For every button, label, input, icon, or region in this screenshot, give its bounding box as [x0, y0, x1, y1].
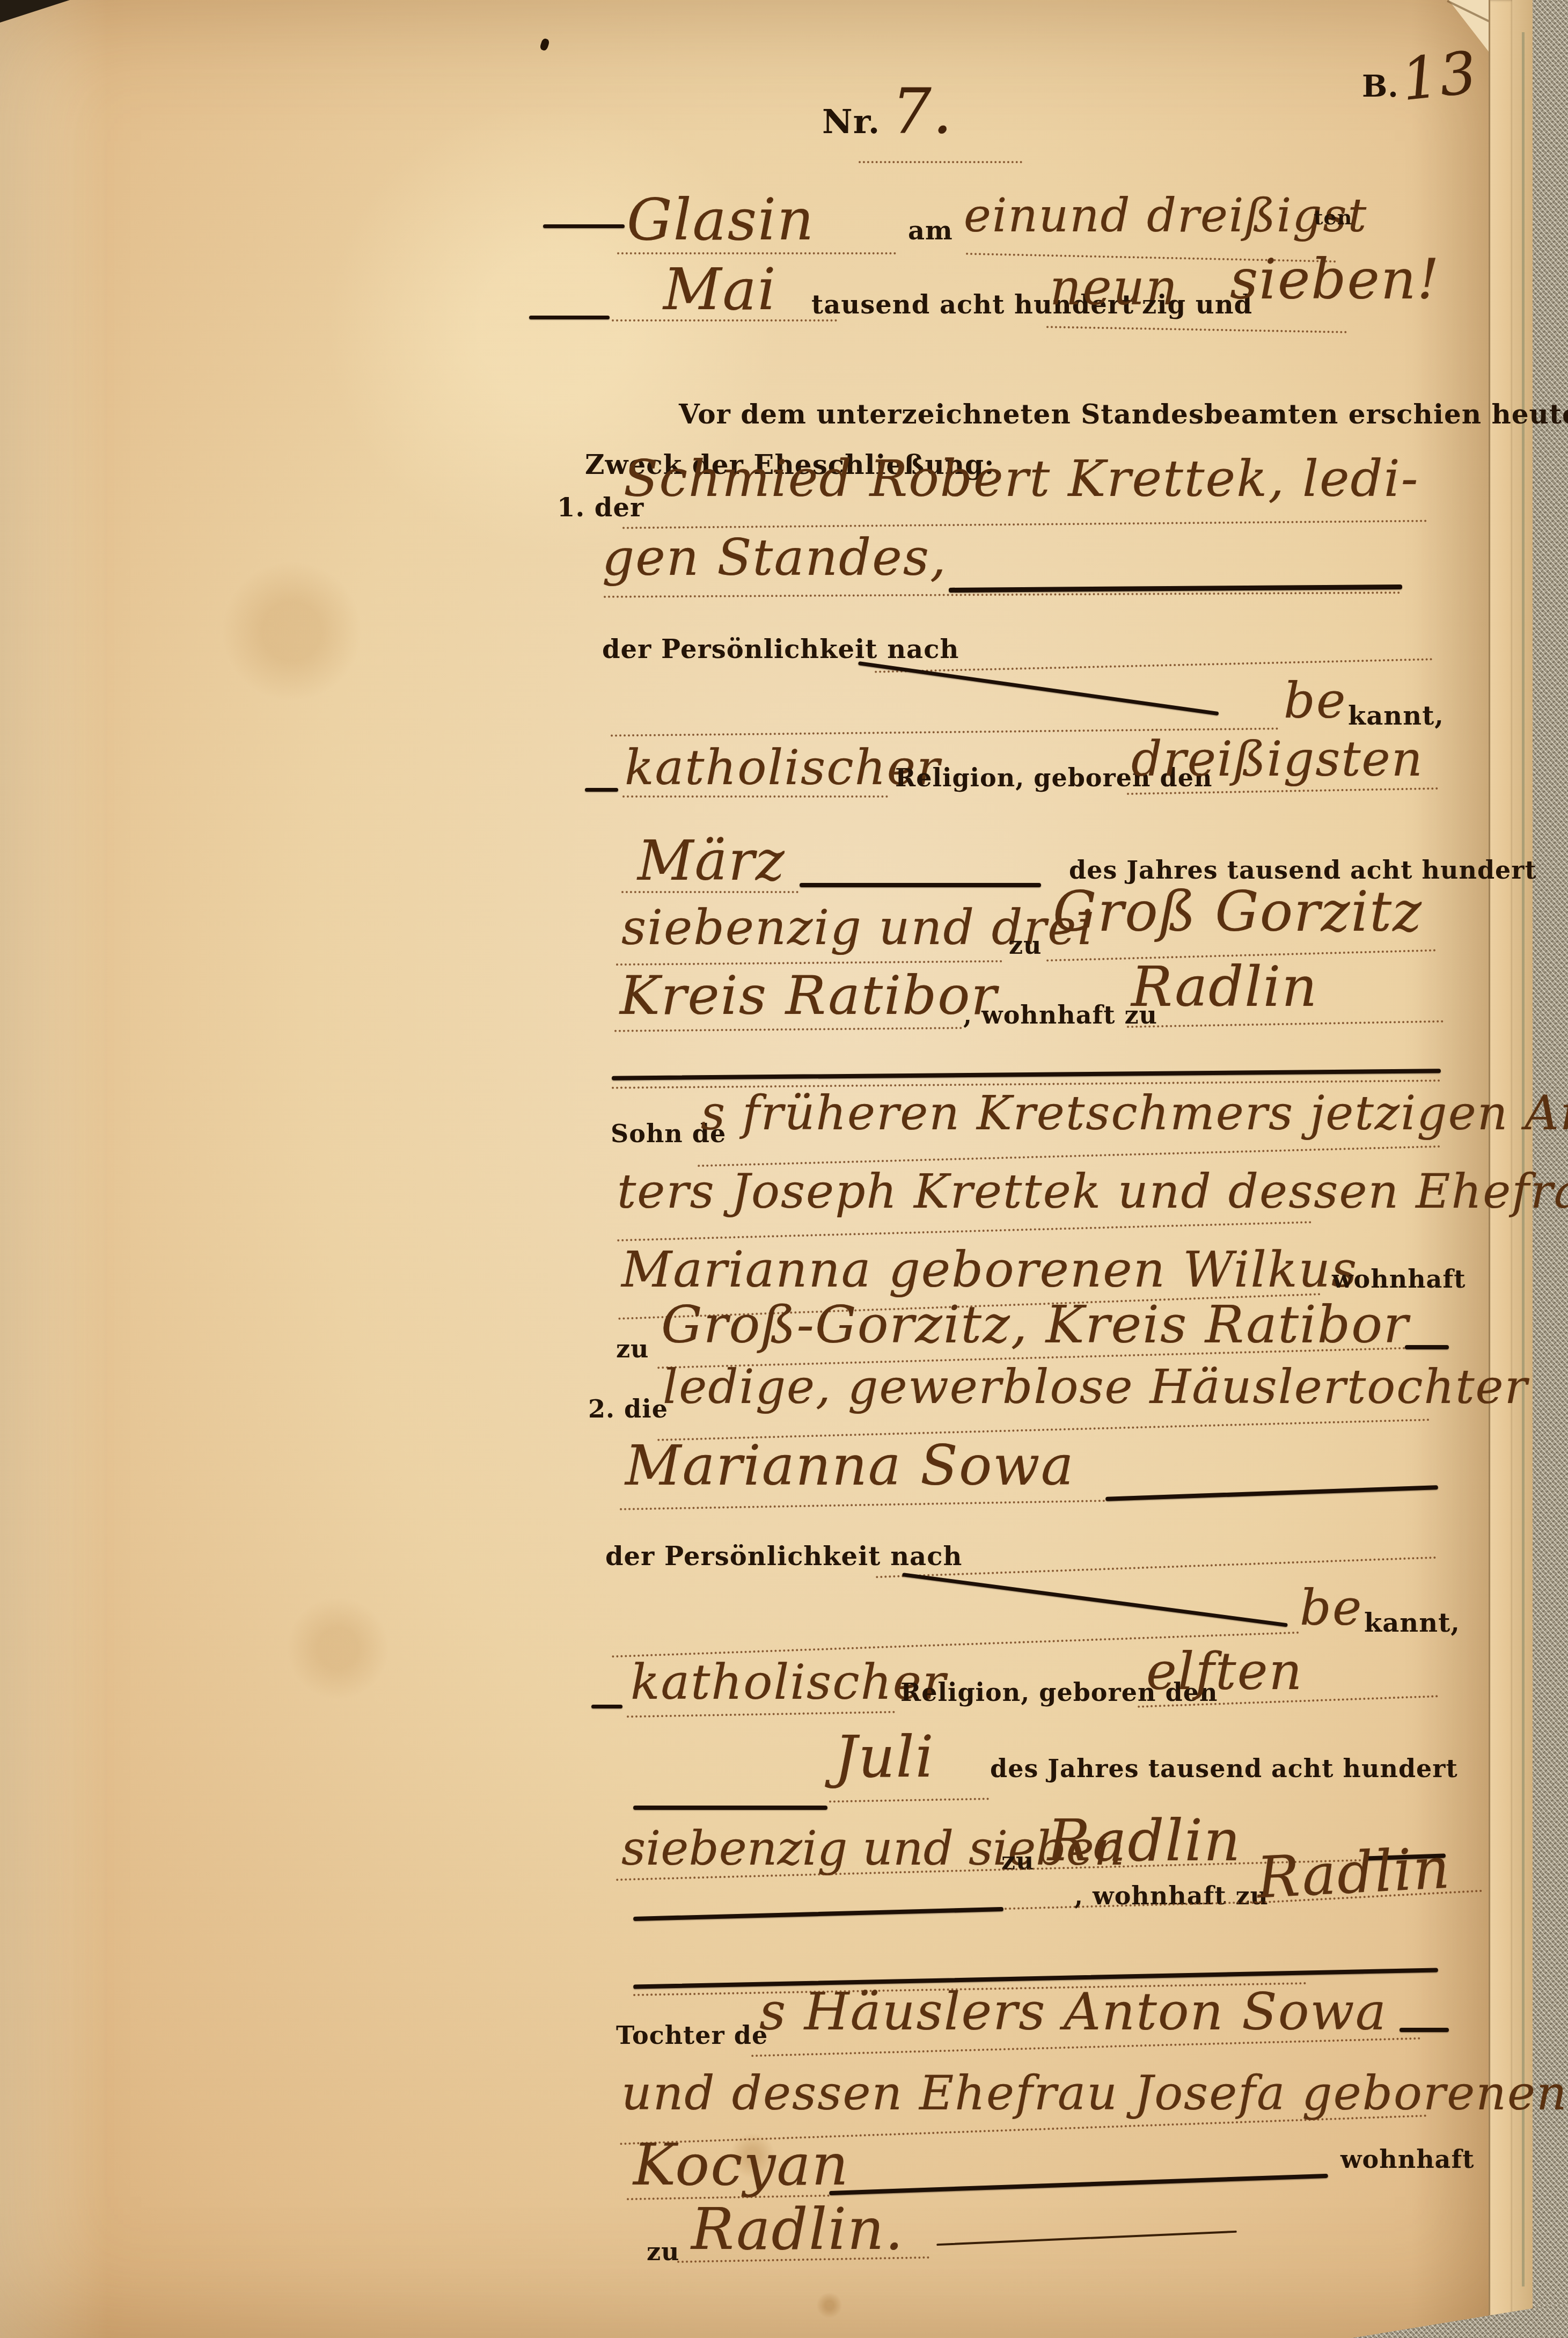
- bride-origin-residence-entry: Radlin.: [691, 2196, 904, 2262]
- groom-name-line-2: gen Standes,: [602, 529, 947, 587]
- groom-origin-zu-label: zu: [616, 1334, 649, 1363]
- groom-birth-day-entry: dreißigsten: [1131, 731, 1424, 787]
- dotted-line: [859, 161, 1022, 163]
- ink-line: [800, 883, 1041, 887]
- ink-line: [543, 224, 625, 228]
- groom-origin-residence-entry: Groß-Gorzitz, Kreis Ratibor: [661, 1295, 1409, 1355]
- year-ones-entry: sieben!: [1230, 248, 1440, 312]
- groom-origin-line-1: s früheren Kretschmers jetzigen Arbei-: [701, 1085, 1568, 1141]
- groom-known-hand: be: [1284, 672, 1346, 729]
- ink-dash: [1405, 1345, 1449, 1349]
- bride-origin-line-3: Kocyan: [633, 2132, 849, 2198]
- bride-origin-line-2: und dessen Ehefrau Josefa geborenen: [621, 2065, 1568, 2121]
- folio-letter: B.: [1362, 69, 1399, 104]
- groom-known-label: kannt,: [1348, 701, 1444, 731]
- groom-birth-district-entry: Kreis Ratibor: [620, 964, 998, 1027]
- day-suffix-label: ten: [1314, 205, 1352, 229]
- bride-origin-line-1: s Häuslers Anton Sowa: [759, 1982, 1387, 2042]
- dotted-line: [621, 891, 798, 893]
- bride-birth-month-entry: Juli: [834, 1724, 935, 1790]
- record-number-label: Nr.: [822, 102, 880, 141]
- groom-birth-place-entry: Groß Gorzitz: [1053, 880, 1423, 944]
- groom-origin-wohnhaft-label: wohnhaft: [1332, 1265, 1466, 1294]
- bride-religion-entry: katholischer: [631, 1654, 947, 1711]
- bride-zu-label: zu: [1001, 1846, 1035, 1875]
- bride-origin-label: Tochter de: [616, 2021, 768, 2050]
- dotted-line: [622, 795, 888, 798]
- groom-religion-entry: katholischer: [625, 740, 941, 796]
- ink-dash: [585, 788, 618, 792]
- place-entry: Glasin: [627, 187, 815, 253]
- dotted-line: [612, 319, 837, 322]
- groom-residence-entry: Radlin: [1131, 955, 1318, 1019]
- bride-birth-day-entry: elften: [1146, 1641, 1303, 1701]
- folio-number: 13: [1398, 39, 1481, 114]
- am-label: am: [908, 216, 953, 246]
- groom-origin-line-2: ters Joseph Krettek und dessen Ehefrau: [617, 1164, 1568, 1219]
- bride-item-label: 2. die: [588, 1394, 668, 1423]
- ink-dash: [1400, 2028, 1449, 2032]
- groom-residence-label: , wohnhaft zu: [963, 1000, 1157, 1029]
- ink-line: [529, 316, 610, 319]
- bride-year-label: des Jahres tausend acht hundert: [990, 1754, 1458, 1783]
- bride-origin-wohnhaft-label: wohnhaft: [1340, 2145, 1474, 2174]
- bride-identity-label: der Persönlichkeit nach: [605, 1541, 962, 1572]
- dotted-line: [617, 252, 896, 254]
- preamble-line-1: Vor dem unterzeichneten Standesbeamten e…: [679, 398, 1568, 430]
- bride-known-label: kannt,: [1364, 1608, 1460, 1638]
- page-edge-tint: [1522, 32, 1525, 2286]
- month-entry: Mai: [663, 257, 777, 323]
- day-entry: einund dreißigst: [964, 189, 1367, 243]
- bride-known-hand: be: [1300, 1579, 1362, 1636]
- groom-birth-month-entry: März: [638, 829, 786, 893]
- ink-line: [633, 1806, 827, 1810]
- groom-origin-line-3: Marianna geborenen Wilkus: [621, 1241, 1358, 1298]
- groom-zu-label: zu: [1009, 931, 1042, 960]
- groom-name-line-1: Schmied Robert Krettek, ledi-: [624, 450, 1419, 508]
- ink-dash: [591, 1705, 622, 1708]
- bride-name-line-2: Marianna Sowa: [625, 1434, 1074, 1498]
- register-page-scan: B. 13 Nr. 7. Glasin am einund dreißigst …: [0, 0, 1568, 2338]
- record-number-value: 7.: [892, 75, 954, 148]
- groom-identity-label: der Persönlichkeit nach: [602, 634, 959, 664]
- bride-name-line-1: ledige, gewerblose Häuslertochter: [663, 1359, 1528, 1414]
- bride-origin-zu-label: zu: [647, 2237, 680, 2266]
